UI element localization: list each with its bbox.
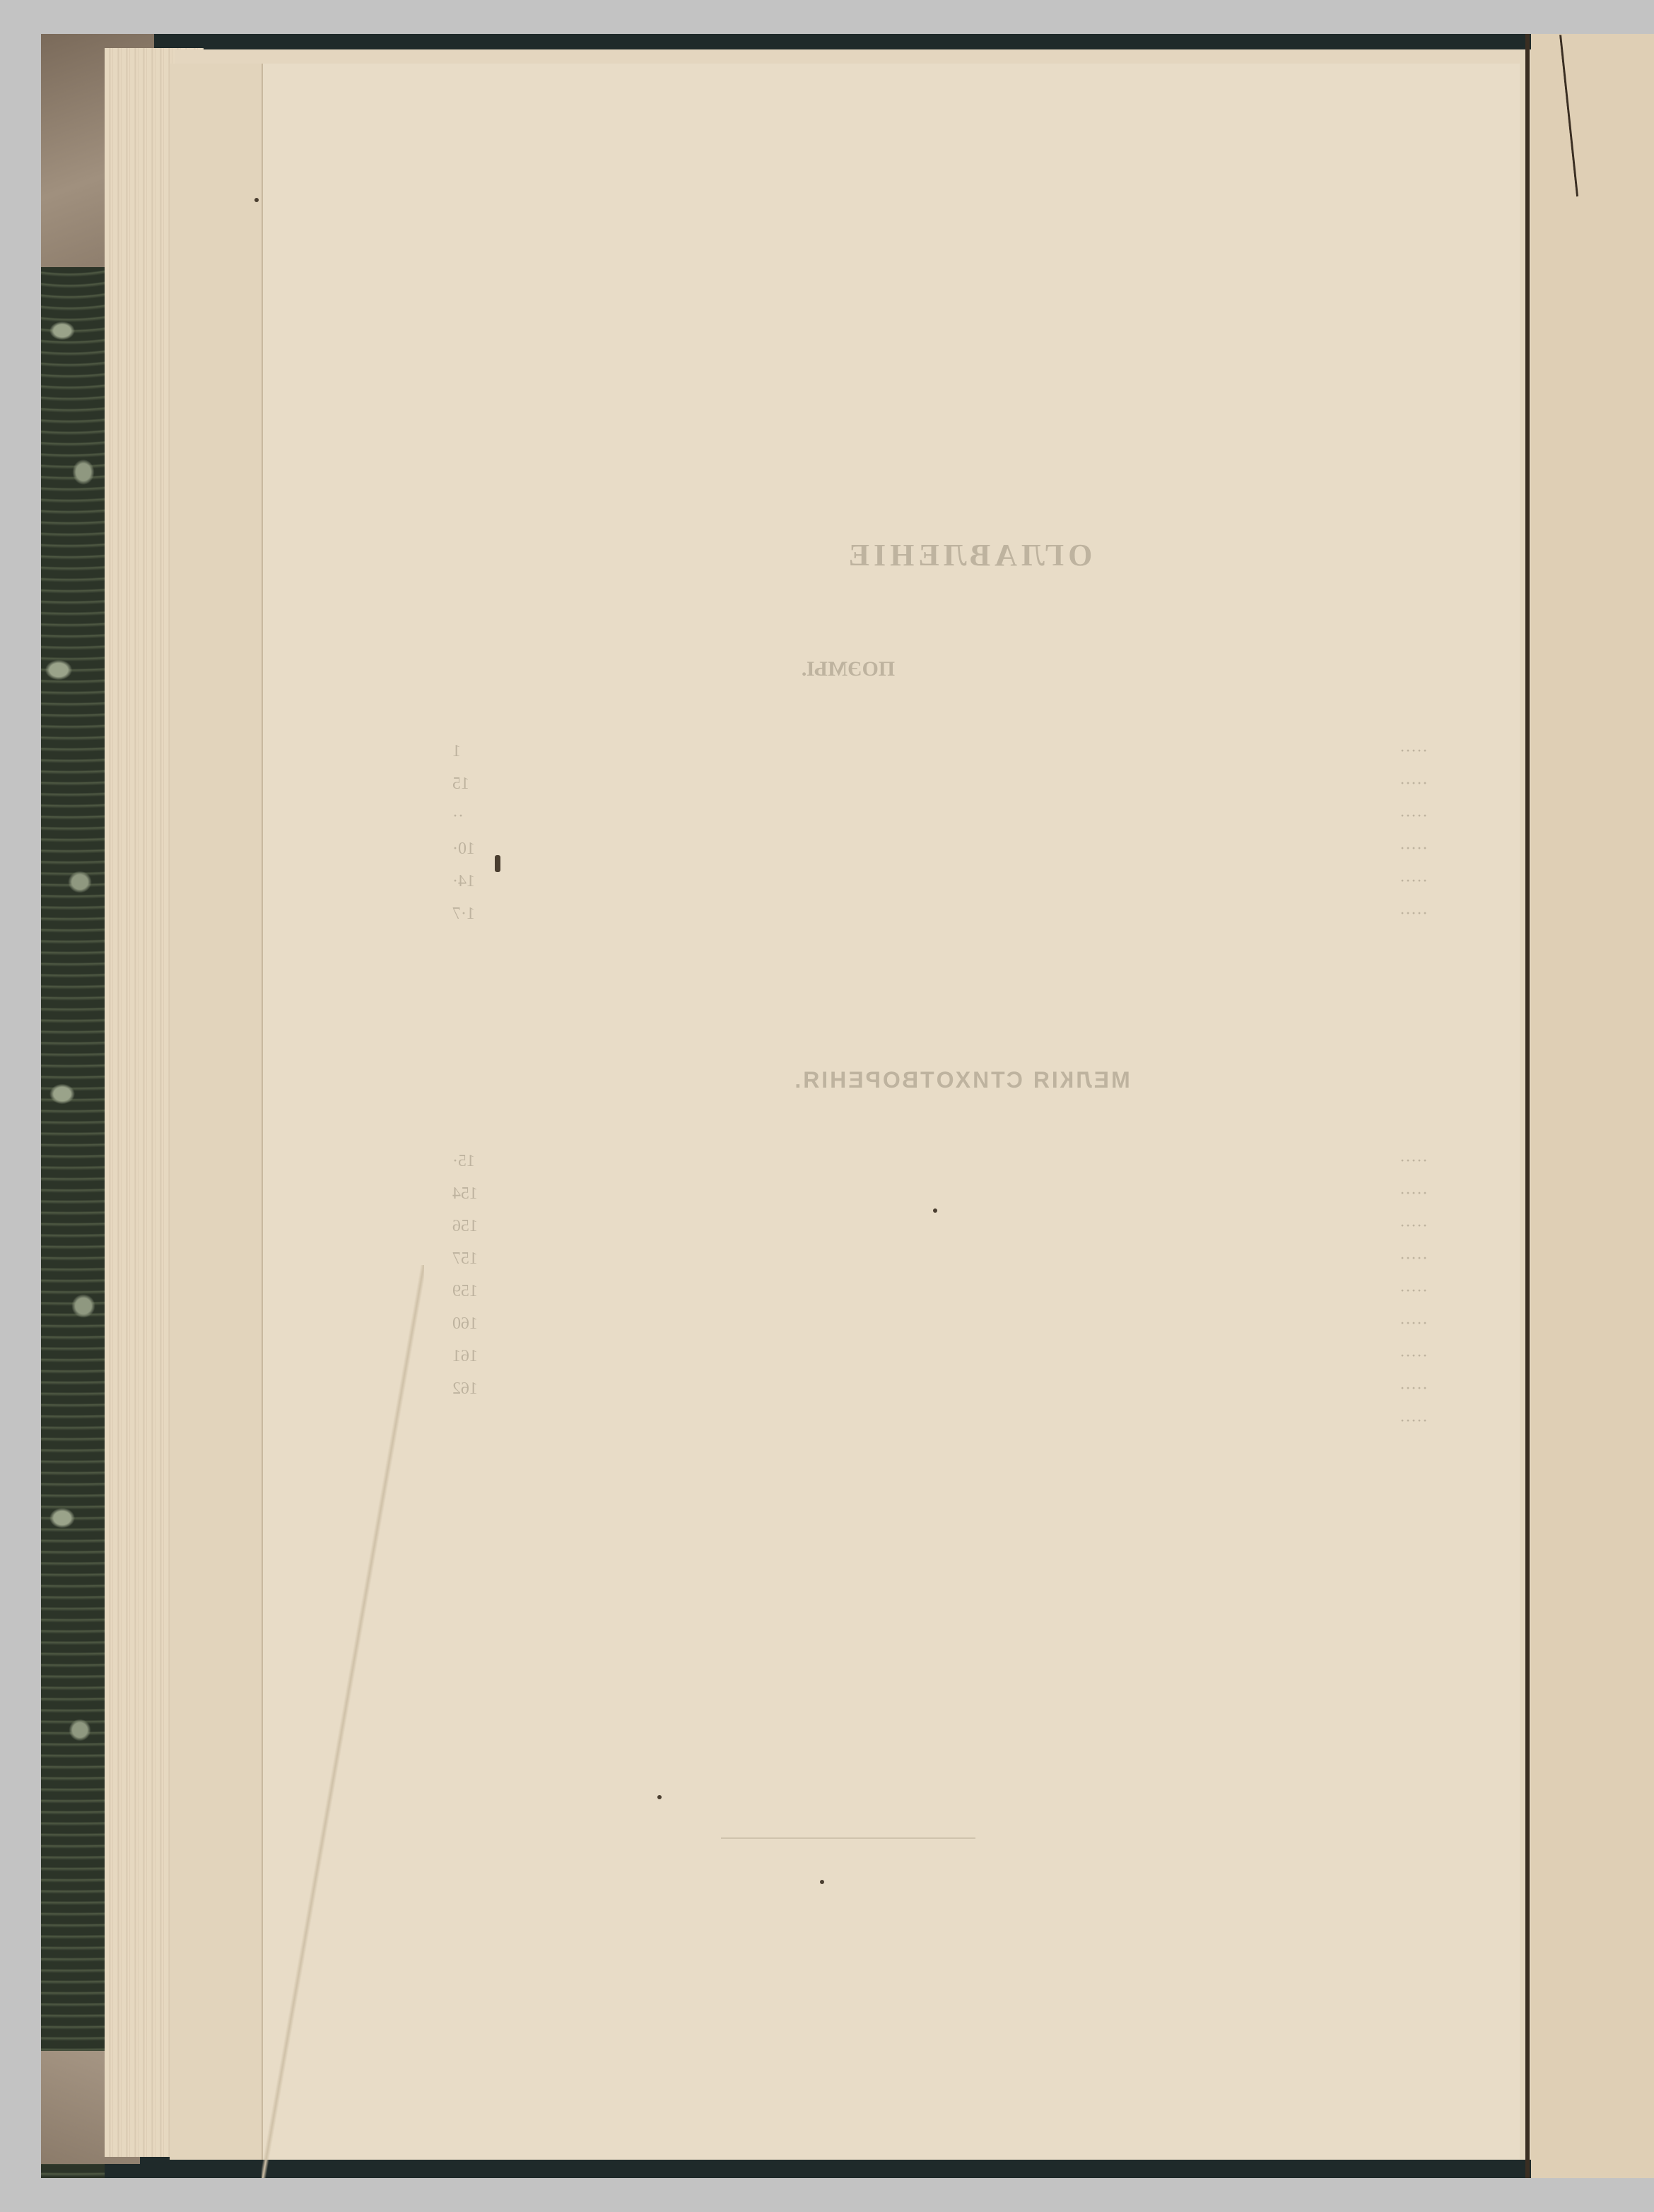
list-item: ·····160 xyxy=(452,1307,1428,1340)
list-item: ·····157 xyxy=(452,1242,1428,1275)
ink-speck xyxy=(495,855,500,872)
ink-speck xyxy=(933,1208,937,1213)
list-item: ·····15· xyxy=(452,1145,1428,1177)
list-item: ·····14· xyxy=(452,865,1428,898)
list-item: ·····1·7 xyxy=(452,898,1428,930)
list-item: ·····156 xyxy=(452,1210,1428,1242)
list-item: ·····162 xyxy=(452,1372,1428,1405)
left-page xyxy=(260,64,1520,2160)
list-item: ·····1 xyxy=(452,735,1428,767)
list-item: ·····159 xyxy=(452,1275,1428,1307)
list-item: ·····10· xyxy=(452,833,1428,865)
page-crease xyxy=(262,1265,424,2178)
right-page-edge xyxy=(1531,34,1654,2178)
ink-speck xyxy=(254,198,259,202)
bleed-poems-heading: ПОЭМЫ. xyxy=(735,657,961,681)
bleed-minor-poems-list: ·····15· ·····154 ·····156 ·····157 ····… xyxy=(452,1145,1428,1437)
list-item: ······· xyxy=(452,800,1428,833)
bleed-minor-poems-heading: МЕЛКІЯ СТИХОТВОРЕНІЯ. xyxy=(693,1067,1230,1093)
list-item: ·····15 xyxy=(452,767,1428,800)
list-item: ·····161 xyxy=(452,1340,1428,1372)
bleed-ornament-rule xyxy=(721,1837,975,1839)
list-item: ····· xyxy=(452,1405,1428,1437)
book-scan xyxy=(41,34,1654,2178)
gutter-line xyxy=(1525,34,1530,2178)
ink-speck xyxy=(820,1880,824,1884)
marbled-cover xyxy=(41,34,105,2178)
list-item: ·····154 xyxy=(452,1177,1428,1210)
bleed-poems-list: ·····1 ·····15 ······· ·····10· ·····14·… xyxy=(452,735,1428,930)
bleed-toc-heading: ОГЛАВЛЕНІЕ xyxy=(763,537,1173,573)
ink-speck xyxy=(657,1795,662,1799)
